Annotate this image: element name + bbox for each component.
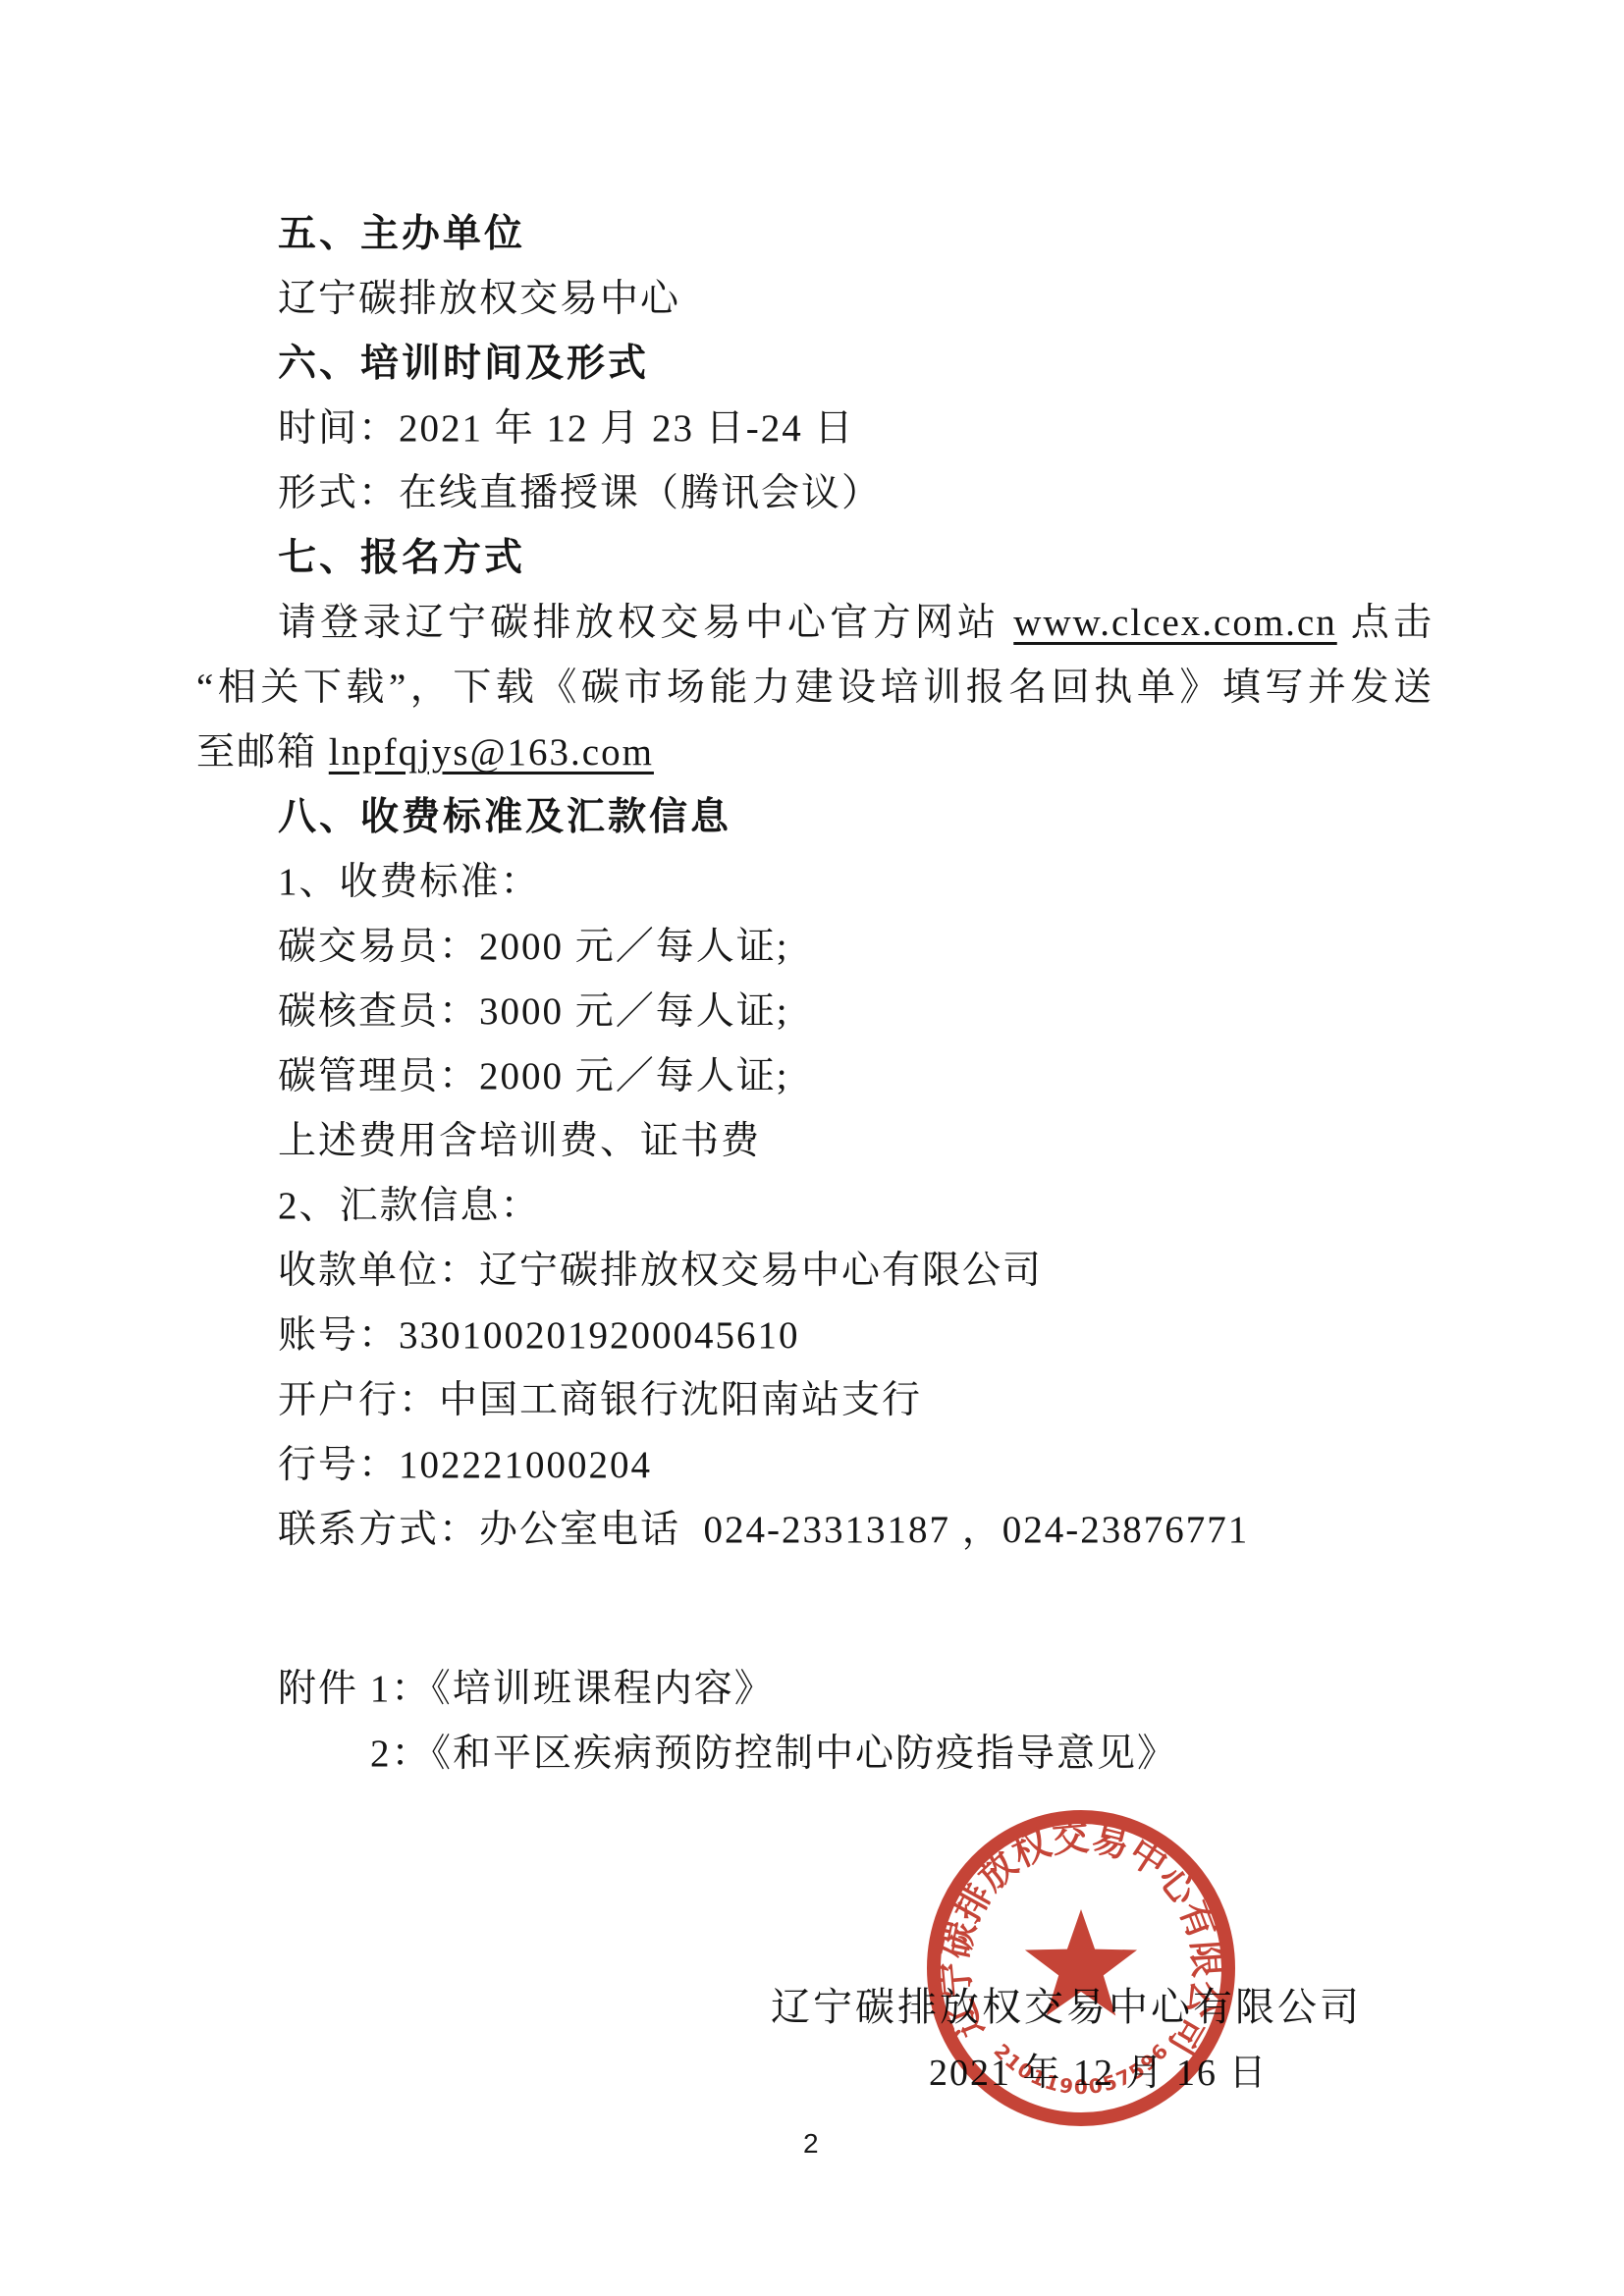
contact-line: 联系方式：办公室电话 024-23313187 ，024-23876771 xyxy=(196,1498,1434,1563)
section-heading-6: 六、培训时间及形式 xyxy=(196,332,1434,397)
registration-line-3: 至邮箱 lnpfqjys@163.com xyxy=(196,721,1434,785)
fee-verifier-line: 碳核查员：3000 元／每人证; xyxy=(196,980,1434,1044)
section-heading-5: 五、主办单位 xyxy=(196,202,1434,267)
email-label: 至邮箱 xyxy=(196,731,329,774)
document-body: 五、主办单位 辽宁碳排放权交易中心 六、培训时间及形式 时间：2021 年 12… xyxy=(196,0,1434,1787)
training-format-line: 形式：在线直播授课（腾讯会议） xyxy=(196,461,1434,526)
registration-text-1: 请登录辽宁碳排放权交易中心官方网站 xyxy=(278,602,1013,644)
registration-text-2: 点击 xyxy=(1337,602,1434,644)
payee-line: 收款单位：辽宁碳排放权交易中心有限公司 xyxy=(196,1239,1434,1304)
section-heading-8: 八、收费标准及汇款信息 xyxy=(196,785,1434,850)
organizer-line: 辽宁碳排放权交易中心 xyxy=(196,267,1434,332)
account-number-line: 账号：3301002019200045610 xyxy=(196,1304,1434,1368)
email-link[interactable]: lnpfqjys@163.com xyxy=(329,731,654,774)
blank-line xyxy=(196,1563,1434,1657)
remittance-label: 2、汇款信息： xyxy=(196,1174,1434,1239)
company-seal: 辽宁碳排放权交易中心有限公司 2101190057596 xyxy=(922,1807,1240,2135)
attachment-1-line: 附件 1：《培训班课程内容》 xyxy=(196,1657,1434,1722)
bank-code-line: 行号：102221000204 xyxy=(196,1433,1434,1498)
attachment-2-line: 2：《和平区疾病预防控制中心防疫指导意见》 xyxy=(196,1722,1434,1787)
fee-manager-line: 碳管理员：2000 元／每人证; xyxy=(196,1044,1434,1109)
bank-line: 开户行：中国工商银行沈阳南站支行 xyxy=(196,1368,1434,1433)
fee-note-line: 上述费用含培训费、证书费 xyxy=(196,1109,1434,1174)
fee-trader-line: 碳交易员：2000 元／每人证; xyxy=(196,915,1434,980)
seal-code-text: 2101190057596 xyxy=(990,2039,1173,2099)
fee-standard-label: 1、收费标准： xyxy=(196,850,1434,915)
svg-text:2101190057596: 2101190057596 xyxy=(990,2039,1173,2099)
registration-line-2: “相关下载”，下载《碳市场能力建设培训报名回执单》填写并发送 xyxy=(196,656,1434,721)
page-number: 2 xyxy=(803,2128,819,2160)
training-time-line: 时间：2021 年 12 月 23 日-24 日 xyxy=(196,397,1434,461)
section-heading-7: 七、报名方式 xyxy=(196,526,1434,591)
star-icon xyxy=(1025,1909,1137,2016)
registration-line-1: 请登录辽宁碳排放权交易中心官方网站 www.clcex.com.cn 点击 xyxy=(196,591,1434,656)
website-link[interactable]: www.clcex.com.cn xyxy=(1013,602,1336,644)
document-page: 五、主办单位 辽宁碳排放权交易中心 六、培训时间及形式 时间：2021 年 12… xyxy=(0,0,1624,2296)
